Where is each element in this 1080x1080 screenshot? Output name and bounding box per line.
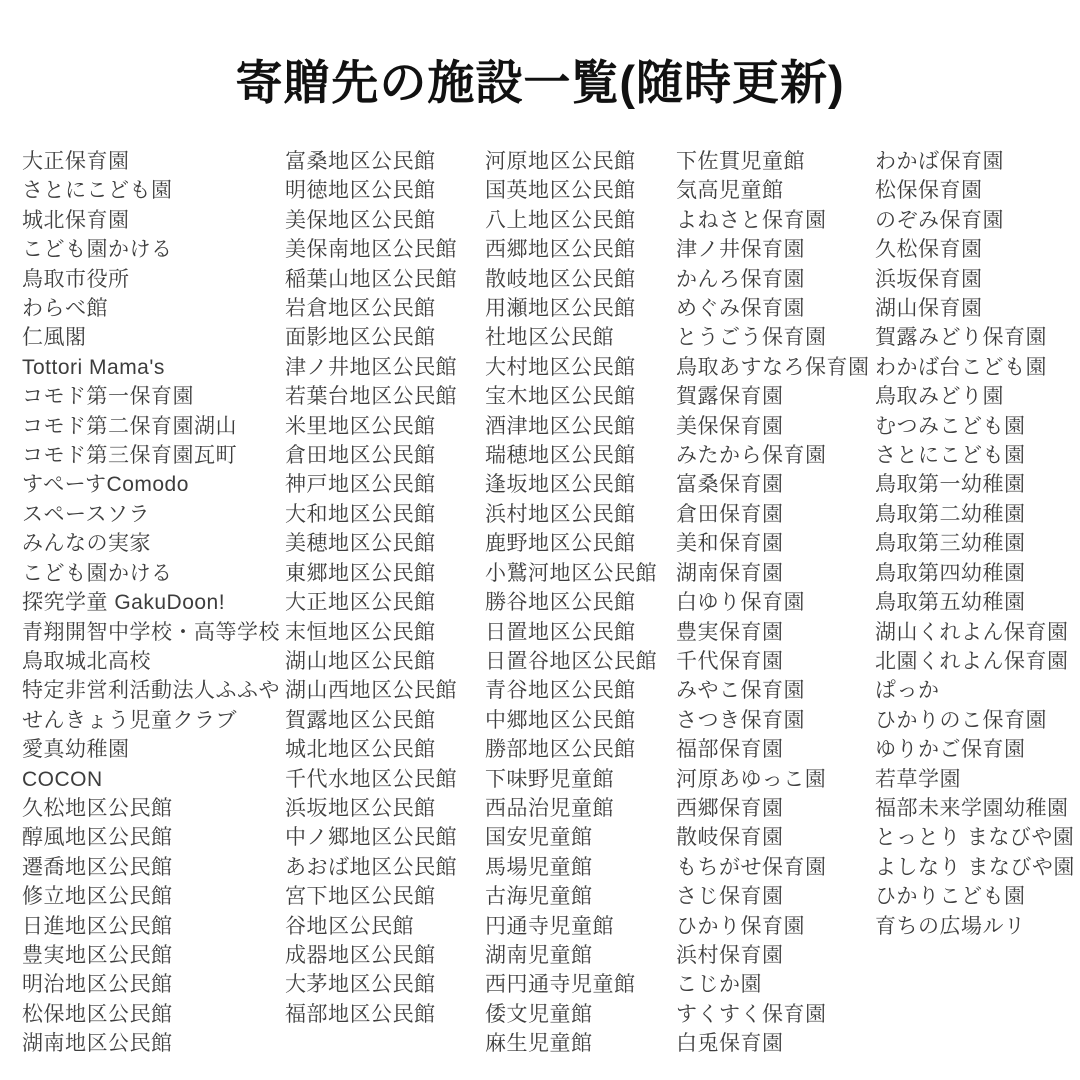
facility-name: 日進地区公民館: [22, 912, 285, 941]
facility-name: COCON: [22, 765, 285, 794]
facility-name: あおば地区公民館: [285, 853, 485, 882]
facility-name: せんきょう児童クラブ: [22, 706, 285, 735]
facility-name: 大村地区公民館: [485, 353, 676, 382]
facility-column-1: 大正保育園さとにこども園城北保育園こども園かける鳥取市役所わらべ館仁風閣Tott…: [22, 147, 285, 1059]
facility-name: 鳥取第四幼稚園: [875, 559, 1070, 588]
facility-name: 明徳地区公民館: [285, 176, 485, 205]
page-title: 寄贈先の施設一覧(随時更新): [0, 0, 1080, 113]
facility-name: 円通寺児童館: [485, 912, 676, 941]
donation-facility-list-page: 寄贈先の施設一覧(随時更新) 大正保育園さとにこども園城北保育園こども園かける鳥…: [0, 0, 1080, 1080]
facility-name: こども園かける: [22, 235, 285, 264]
facility-name: 下佐貫児童館: [676, 147, 875, 176]
facility-name: 東郷地区公民館: [285, 559, 485, 588]
facility-name: 面影地区公民館: [285, 323, 485, 352]
facility-name: ひかりのこ保育園: [875, 706, 1070, 735]
facility-name: 大和地区公民館: [285, 500, 485, 529]
facility-column-4: 下佐貫児童館気高児童館よねさと保育園津ノ井保育園かんろ保育園めぐみ保育園とうごう…: [676, 147, 875, 1059]
facility-name: もちがせ保育園: [676, 853, 875, 882]
facility-name: さじ保育園: [676, 882, 875, 911]
facility-name: 馬場児童館: [485, 853, 676, 882]
facility-name: 西円通寺児童館: [485, 970, 676, 999]
facility-columns: 大正保育園さとにこども園城北保育園こども園かける鳥取市役所わらべ館仁風閣Tott…: [0, 147, 1080, 1059]
facility-name: 若葉台地区公民館: [285, 382, 485, 411]
facility-name: 福部未来学園幼稚園: [875, 794, 1070, 823]
facility-name: 鳥取城北高校: [22, 647, 285, 676]
facility-name: 湖南児童館: [485, 941, 676, 970]
facility-name: 浜坂保育園: [875, 265, 1070, 294]
facility-name: すぺーすComodo: [22, 470, 285, 499]
facility-name: 日置谷地区公民館: [485, 647, 676, 676]
facility-name: 瑞穂地区公民館: [485, 441, 676, 470]
facility-name: 湖山西地区公民館: [285, 676, 485, 705]
facility-name: 用瀬地区公民館: [485, 294, 676, 323]
facility-name: 小鷲河地区公民館: [485, 559, 676, 588]
facility-name: 美穂地区公民館: [285, 529, 485, 558]
facility-name: 湖山地区公民館: [285, 647, 485, 676]
facility-name: 津ノ井保育園: [676, 235, 875, 264]
facility-name: 美保南地区公民館: [285, 235, 485, 264]
facility-name: 気高児童館: [676, 176, 875, 205]
facility-name: 豊実保育園: [676, 618, 875, 647]
facility-name: ひかりこども園: [875, 882, 1070, 911]
facility-name: 醇風地区公民館: [22, 823, 285, 852]
facility-name: わかば台こども園: [875, 353, 1070, 382]
facility-name: 岩倉地区公民館: [285, 294, 485, 323]
facility-name: 城北保育園: [22, 206, 285, 235]
facility-name: 大茅地区公民館: [285, 970, 485, 999]
facility-name: 倉田地区公民館: [285, 441, 485, 470]
facility-name: 特定非営利活動法人ふふや: [22, 676, 285, 705]
facility-name: コモド第二保育園湖山: [22, 412, 285, 441]
facility-name: さとにこども園: [22, 176, 285, 205]
facility-column-5: わかば保育園松保保育園のぞみ保育園久松保育園浜坂保育園湖山保育園賀露みどり保育園…: [875, 147, 1070, 941]
facility-name: のぞみ保育園: [875, 206, 1070, 235]
facility-name: 稲葉山地区公民館: [285, 265, 485, 294]
facility-name: 育ちの広場ルリ: [875, 912, 1070, 941]
facility-name: 愛真幼稚園: [22, 735, 285, 764]
facility-name: 千代保育園: [676, 647, 875, 676]
facility-name: 若草学園: [875, 765, 1070, 794]
facility-name: 末恒地区公民館: [285, 618, 485, 647]
facility-name: 白ゆり保育園: [676, 588, 875, 617]
facility-name: 古海児童館: [485, 882, 676, 911]
facility-name: さつき保育園: [676, 706, 875, 735]
facility-name: 浜村保育園: [676, 941, 875, 970]
facility-name: すくすく保育園: [676, 1000, 875, 1029]
facility-name: 酒津地区公民館: [485, 412, 676, 441]
facility-name: 青谷地区公民館: [485, 676, 676, 705]
facility-name: 中郷地区公民館: [485, 706, 676, 735]
facility-name: ゆりかご保育園: [875, 735, 1070, 764]
facility-name: 福部保育園: [676, 735, 875, 764]
facility-name: とっとり まなびや園: [875, 823, 1070, 852]
facility-name: 賀露保育園: [676, 382, 875, 411]
facility-name: 津ノ井地区公民館: [285, 353, 485, 382]
facility-name: 勝部地区公民館: [485, 735, 676, 764]
facility-name: 遷喬地区公民館: [22, 853, 285, 882]
facility-name: 久松地区公民館: [22, 794, 285, 823]
facility-name: 青翔開智中学校・高等学校: [22, 618, 285, 647]
facility-name: 浜坂地区公民館: [285, 794, 485, 823]
facility-name: 修立地区公民館: [22, 882, 285, 911]
facility-name: よねさと保育園: [676, 206, 875, 235]
facility-name: 成器地区公民館: [285, 941, 485, 970]
facility-name: 湖山保育園: [875, 294, 1070, 323]
facility-name: 社地区公民館: [485, 323, 676, 352]
facility-name: 河原地区公民館: [485, 147, 676, 176]
facility-name: 神戸地区公民館: [285, 470, 485, 499]
facility-name: めぐみ保育園: [676, 294, 875, 323]
facility-name: 下味野児童館: [485, 765, 676, 794]
facility-name: 千代水地区公民館: [285, 765, 485, 794]
facility-name: 谷地区公民館: [285, 912, 485, 941]
facility-name: 西郷保育園: [676, 794, 875, 823]
facility-name: 富桑保育園: [676, 470, 875, 499]
facility-name: 倉田保育園: [676, 500, 875, 529]
facility-name: 麻生児童館: [485, 1029, 676, 1058]
facility-name: 豊実地区公民館: [22, 941, 285, 970]
facility-column-2: 富桑地区公民館明徳地区公民館美保地区公民館美保南地区公民館稲葉山地区公民館岩倉地…: [285, 147, 485, 1029]
facility-name: みたから保育園: [676, 441, 875, 470]
facility-name: 宮下地区公民館: [285, 882, 485, 911]
facility-name: 大正地区公民館: [285, 588, 485, 617]
facility-name: 美和保育園: [676, 529, 875, 558]
facility-name: 鹿野地区公民館: [485, 529, 676, 558]
facility-name: こじか園: [676, 970, 875, 999]
facility-name: 宝木地区公民館: [485, 382, 676, 411]
facility-name: ひかり保育園: [676, 912, 875, 941]
facility-name: 賀露みどり保育園: [875, 323, 1070, 352]
facility-name: 八上地区公民館: [485, 206, 676, 235]
facility-name: 湖南地区公民館: [22, 1029, 285, 1058]
facility-name: 北園くれよん保育園: [875, 647, 1070, 676]
facility-name: みやこ保育園: [676, 676, 875, 705]
facility-name: 倭文児童館: [485, 1000, 676, 1029]
facility-name: ぱっか: [875, 676, 1070, 705]
facility-name: 中ノ郷地区公民館: [285, 823, 485, 852]
facility-name: 白兎保育園: [676, 1029, 875, 1058]
facility-name: 松保地区公民館: [22, 1000, 285, 1029]
facility-name: こども園かける: [22, 559, 285, 588]
facility-name: 鳥取第二幼稚園: [875, 500, 1070, 529]
facility-name: 米里地区公民館: [285, 412, 485, 441]
facility-name: 鳥取第五幼稚園: [875, 588, 1070, 617]
facility-name: 美保地区公民館: [285, 206, 485, 235]
facility-name: 仁風閣: [22, 323, 285, 352]
facility-name: 明治地区公民館: [22, 970, 285, 999]
facility-name: 賀露地区公民館: [285, 706, 485, 735]
facility-name: 美保保育園: [676, 412, 875, 441]
facility-name: 鳥取第三幼稚園: [875, 529, 1070, 558]
facility-name: 散岐保育園: [676, 823, 875, 852]
facility-name: 国英地区公民館: [485, 176, 676, 205]
facility-name: 鳥取第一幼稚園: [875, 470, 1070, 499]
facility-name: コモド第三保育園瓦町: [22, 441, 285, 470]
facility-name: 勝谷地区公民館: [485, 588, 676, 617]
facility-name: わらべ館: [22, 294, 285, 323]
facility-name: 富桑地区公民館: [285, 147, 485, 176]
facility-name: 松保保育園: [875, 176, 1070, 205]
facility-name: 福部地区公民館: [285, 1000, 485, 1029]
facility-name: 湖山くれよん保育園: [875, 618, 1070, 647]
facility-name: 西郷地区公民館: [485, 235, 676, 264]
facility-name: とうごう保育園: [676, 323, 875, 352]
facility-name: 日置地区公民館: [485, 618, 676, 647]
facility-name: 鳥取みどり園: [875, 382, 1070, 411]
facility-name: むつみこども園: [875, 412, 1070, 441]
facility-name: よしなり まなびや園: [875, 853, 1070, 882]
facility-name: 鳥取あすなろ保育園: [676, 353, 875, 382]
facility-name: わかば保育園: [875, 147, 1070, 176]
facility-name: 国安児童館: [485, 823, 676, 852]
facility-name: 浜村地区公民館: [485, 500, 676, 529]
facility-name: 湖南保育園: [676, 559, 875, 588]
facility-name: スペースソラ: [22, 500, 285, 529]
facility-name: Tottori Mama's: [22, 353, 285, 382]
facility-name: 城北地区公民館: [285, 735, 485, 764]
facility-name: 逢坂地区公民館: [485, 470, 676, 499]
facility-name: コモド第一保育園: [22, 382, 285, 411]
facility-name: 大正保育園: [22, 147, 285, 176]
facility-name: かんろ保育園: [676, 265, 875, 294]
facility-name: 西品治児童館: [485, 794, 676, 823]
facility-name: 鳥取市役所: [22, 265, 285, 294]
facility-name: 探究学童 GakuDoon!: [22, 588, 285, 617]
facility-name: 久松保育園: [875, 235, 1070, 264]
facility-name: みんなの実家: [22, 529, 285, 558]
facility-name: さとにこども園: [875, 441, 1070, 470]
facility-name: 河原あゆっこ園: [676, 765, 875, 794]
facility-column-3: 河原地区公民館国英地区公民館八上地区公民館西郷地区公民館散岐地区公民館用瀬地区公…: [485, 147, 676, 1059]
facility-name: 散岐地区公民館: [485, 265, 676, 294]
